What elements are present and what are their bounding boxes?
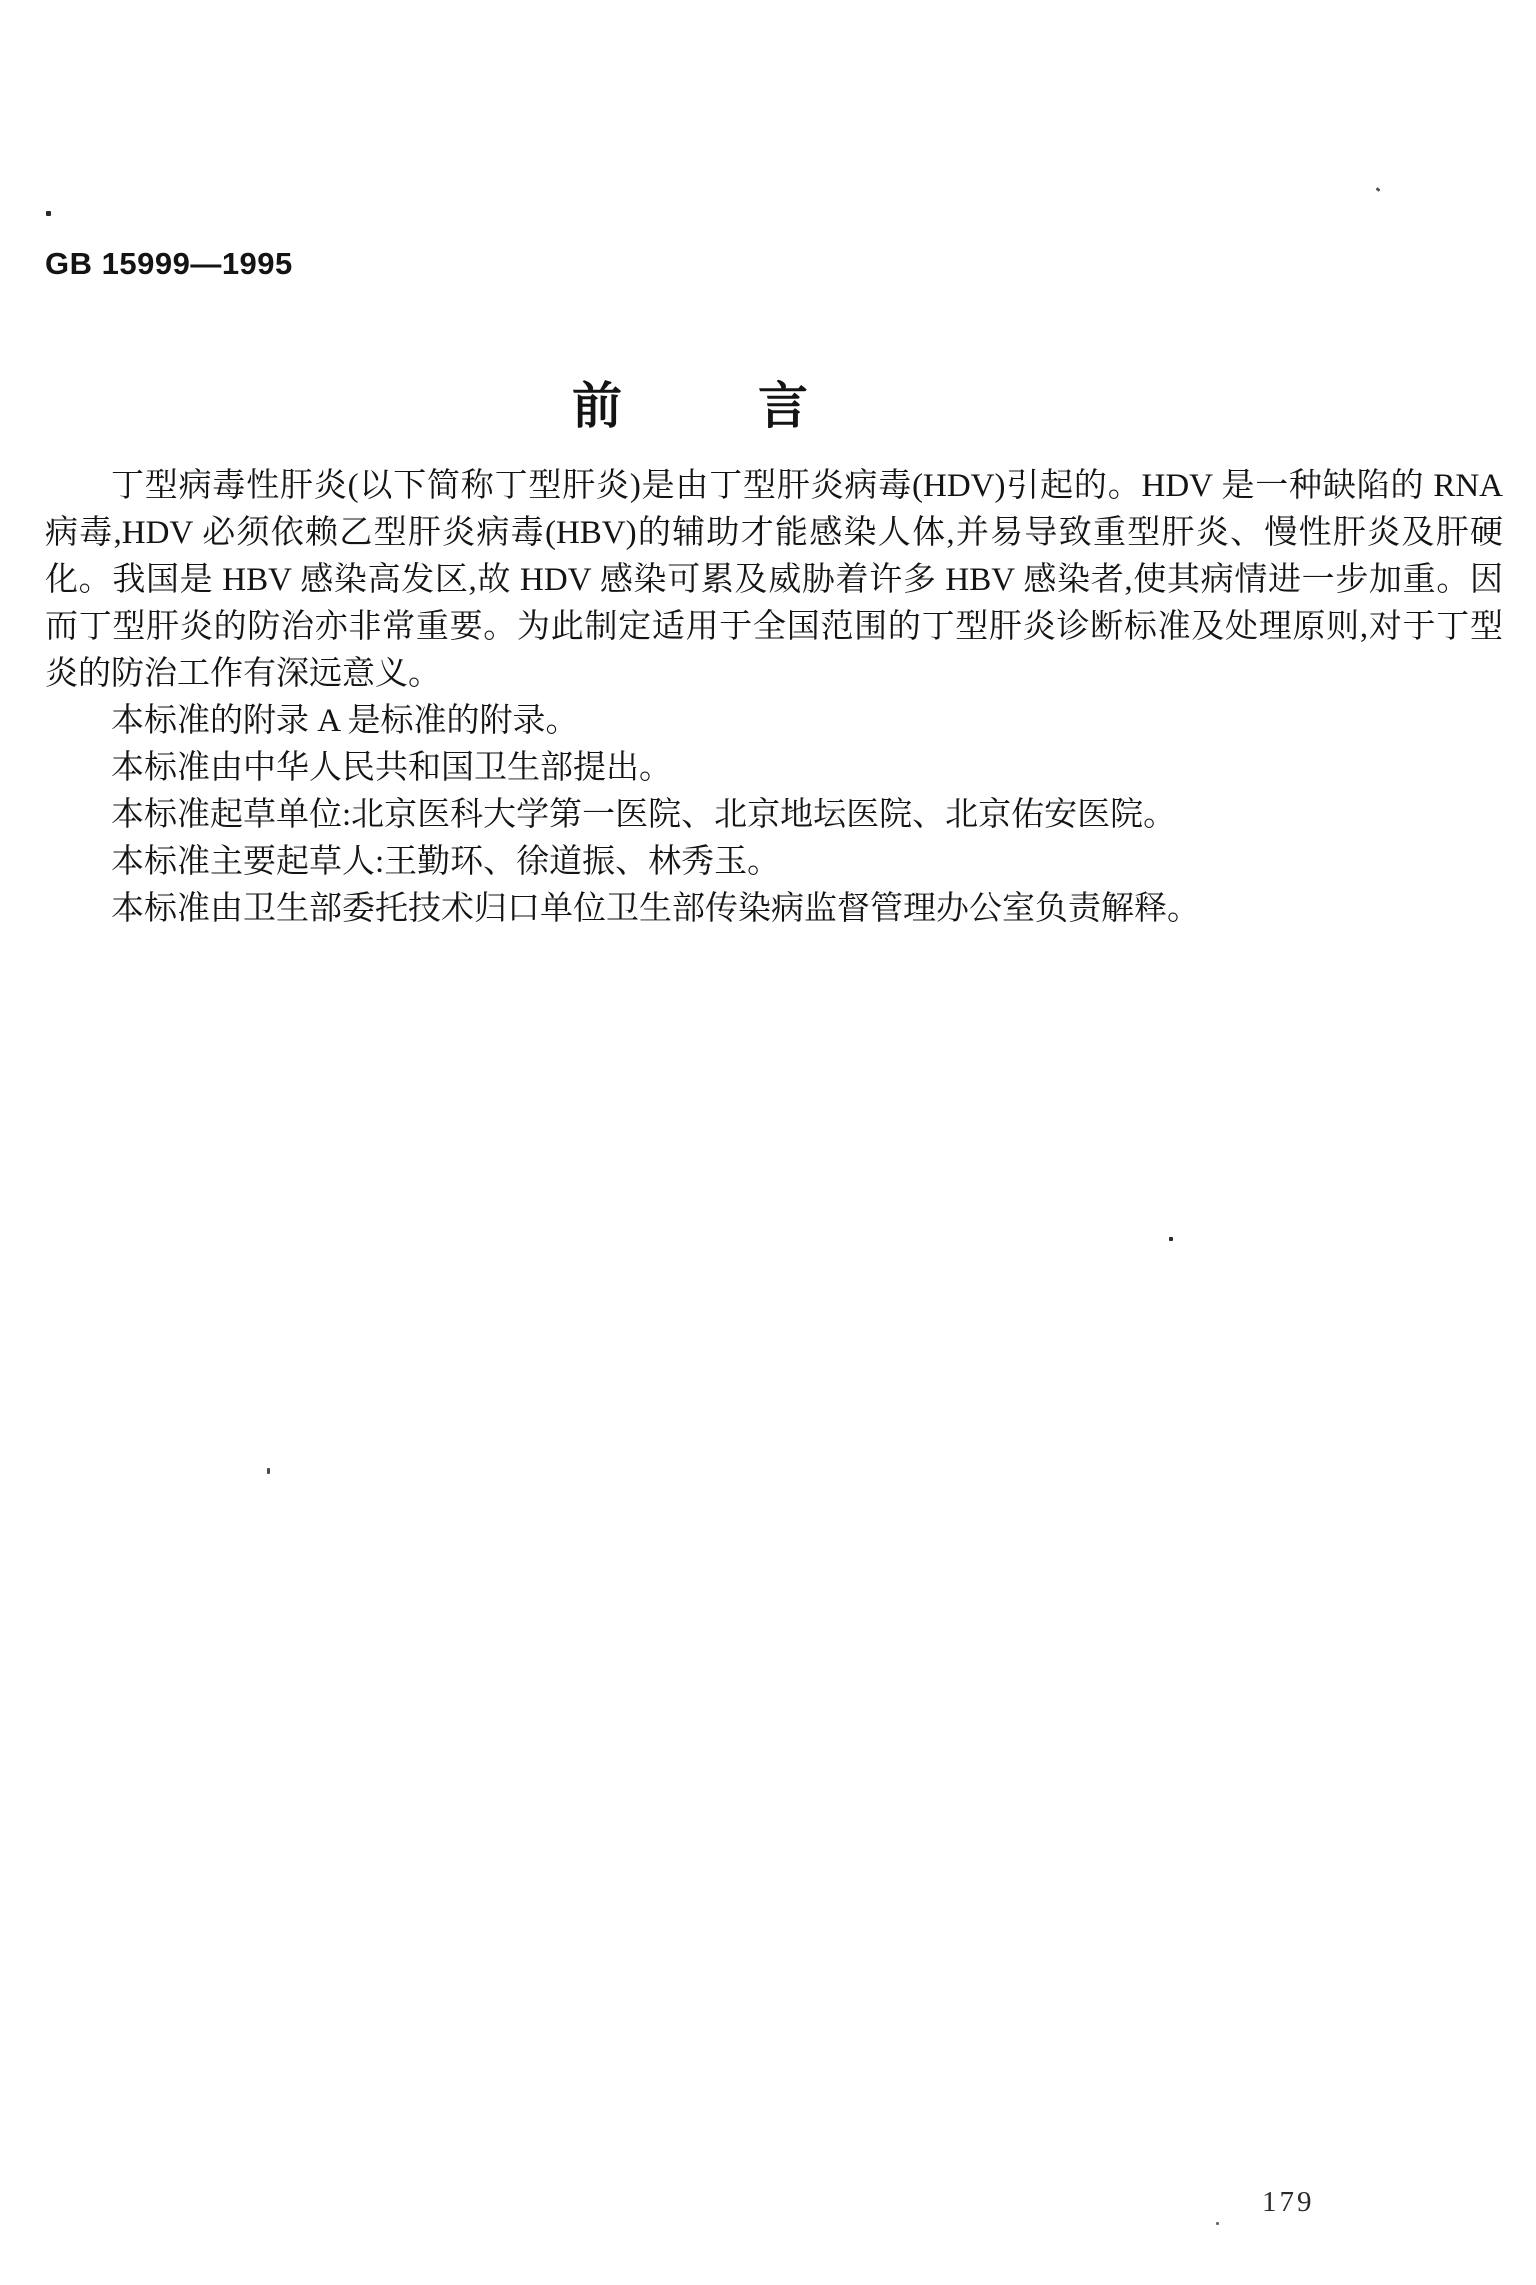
scan-speck [1376,187,1381,192]
foreword-paragraph-line: 炎的防治工作有深远意义。 [45,651,1503,698]
foreword-paragraph-line: 丁型病毒性肝炎(以下简称丁型肝炎)是由丁型肝炎病毒(HDV)引起的。HDV 是一… [45,463,1503,510]
foreword-item: 本标准由卫生部委托技术归口单位卫生部传染病监督管理办公室负责解释。 [45,886,1503,933]
scan-speck [1169,1237,1173,1241]
foreword-body: 丁型病毒性肝炎(以下简称丁型肝炎)是由丁型肝炎病毒(HDV)引起的。HDV 是一… [45,463,1503,933]
standard-code: GB 15999—1995 [45,246,293,282]
foreword-item: 本标准主要起草人:王勤环、徐道振、林秀玉。 [45,839,1503,886]
foreword-paragraph-line: 病毒,HDV 必须依赖乙型肝炎病毒(HBV)的辅助才能感染人体,并易导致重型肝炎… [45,510,1503,557]
scan-speck [267,1468,270,1474]
page-number: 179 [1262,2186,1315,2219]
foreword-paragraph-line: 化。我国是 HBV 感染高发区,故 HDV 感染可累及威胁着许多 HBV 感染者… [45,557,1503,604]
foreword-paragraph-line: 而丁型肝炎的防治亦非常重要。为此制定适用于全国范围的丁型肝炎诊断标准及处理原则,… [45,604,1503,651]
scan-speck [46,211,51,216]
foreword-item: 本标准的附录 A 是标准的附录。 [45,698,1503,745]
document-page: GB 15999—1995 前 言 丁型病毒性肝炎(以下简称丁型肝炎)是由丁型肝… [0,0,1536,2285]
foreword-item: 本标准起草单位:北京医科大学第一医院、北京地坛医院、北京佑安医院。 [45,792,1503,839]
foreword-item: 本标准由中华人民共和国卫生部提出。 [45,745,1503,792]
scan-speck [1216,2222,1219,2225]
page-title: 前 言 [0,366,1464,438]
